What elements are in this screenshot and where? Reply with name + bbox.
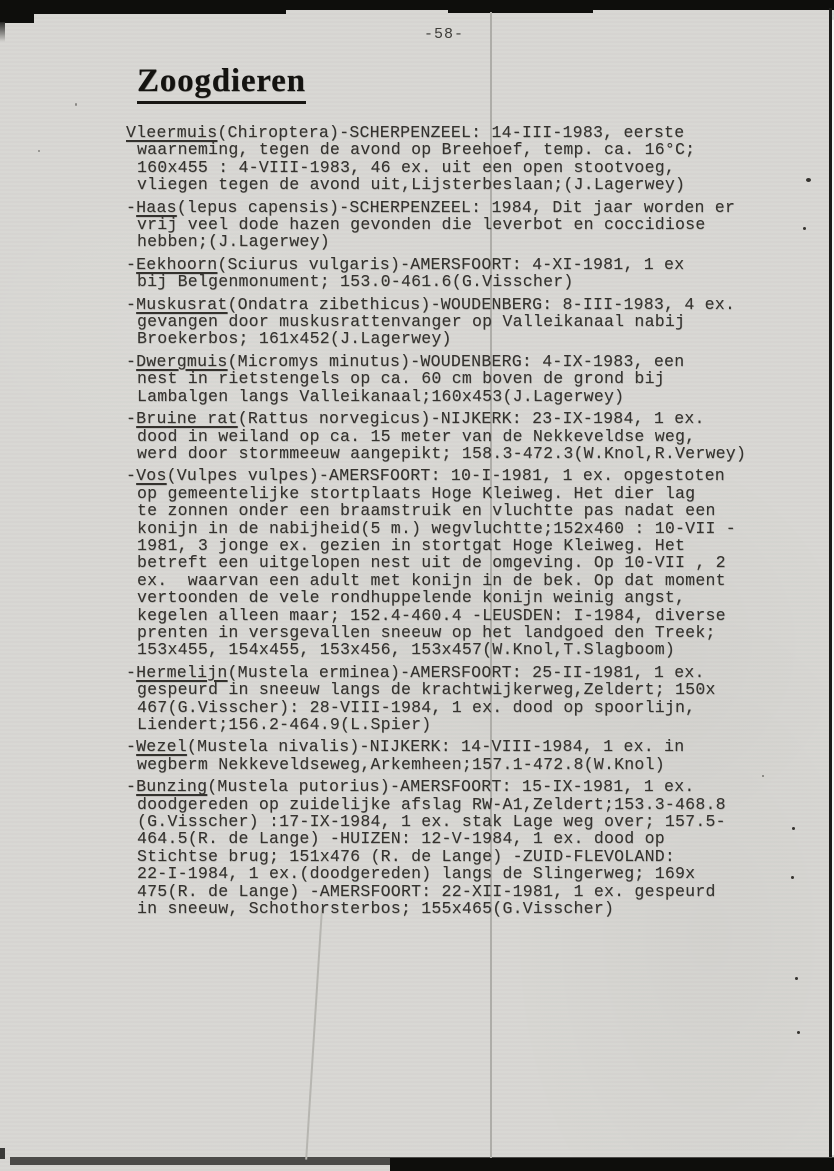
entry-line: dood in weiland op ca. 15 meter van de N… [126, 428, 786, 445]
entry-line: kegelen alleen maar; 152.4-460.4 -LEUSDE… [126, 607, 786, 624]
ink-speck [791, 876, 794, 879]
entry-first-line: Vleermuis(Chiroptera)-SCHERPENZEEL: 14-I… [126, 124, 786, 141]
entry-first-line: -Hermelijn(Mustela erminea)-AMERSFOORT: … [126, 664, 786, 681]
entry-line: bij Belgenmonument; 153.0-461.6(G.Vissch… [126, 273, 786, 290]
entry-line: 464.5(R. de Lange) -HUIZEN: 12-V-1984, 1… [126, 830, 786, 847]
entry-first-line: -Wezel(Mustela nivalis)-NIJKERK: 14-VIII… [126, 738, 786, 755]
entry-line: wegberm Nekkeveldseweg,Arkemheen;157.1-4… [126, 756, 786, 773]
entry-line: vliegen tegen de avond uit,Lijsterbeslaa… [126, 176, 786, 193]
entry-line: 160x455 : 4-VIII-1983, 46 ex. uit een op… [126, 159, 786, 176]
entry-first-line-rest: (Sciurus vulgaris)-AMERSFOORT: 4-XI-1981… [217, 255, 684, 274]
entry-line: vertoonden de vele rondhuppelende konijn… [126, 589, 786, 606]
species-name: Bunzing [136, 777, 207, 796]
species-name: Bruine rat [136, 409, 238, 428]
ink-speck [792, 827, 795, 830]
ink-speck [803, 227, 806, 230]
page-number: -58- [424, 26, 464, 43]
entry-line: 467(G.Visscher): 28-VIII-1984, 1 ex. doo… [126, 699, 786, 716]
entry-first-line: -Dwergmuis(Micromys minutus)-WOUDENBERG:… [126, 353, 786, 370]
species-entry: -Dwergmuis(Micromys minutus)-WOUDENBERG:… [126, 353, 786, 405]
entry-first-line-rest: (Ondatra zibethicus)-WOUDENBERG: 8-III-1… [228, 295, 736, 314]
species-name: Muskusrat [136, 295, 227, 314]
entry-line: vrij veel dode hazen gevonden die leverb… [126, 216, 786, 233]
entry-prefix: - [126, 466, 136, 485]
entry-first-line-rest: (Mustela putorius)-AMERSFOORT: 15-IX-198… [207, 777, 694, 796]
entry-first-line-rest: (Mustela nivalis)-NIJKERK: 14-VIII-1984,… [187, 737, 684, 756]
ink-speck [806, 178, 811, 182]
entry-prefix: - [126, 352, 136, 371]
entry-line: doodgereden op zuidelijke afslag RW-A1,Z… [126, 796, 786, 813]
species-entry: -Vos(Vulpes vulpes)-AMERSFOORT: 10-I-198… [126, 467, 786, 658]
entry-first-line-rest: (Rattus norvegicus)-NIJKERK: 23-IX-1984,… [238, 409, 705, 428]
entry-line: Liendert;156.2-464.9(L.Spier) [126, 716, 786, 733]
species-name: Vos [136, 466, 166, 485]
species-entry: -Bruine rat(Rattus norvegicus)-NIJKERK: … [126, 410, 786, 462]
entry-line: in sneeuw, Schothorsterbos; 155x465(G.Vi… [126, 900, 786, 917]
entry-first-line: -Eekhoorn(Sciurus vulgaris)-AMERSFOORT: … [126, 256, 786, 273]
species-entry: -Muskusrat(Ondatra zibethicus)-WOUDENBER… [126, 296, 786, 348]
species-entry: -Hermelijn(Mustela erminea)-AMERSFOORT: … [126, 664, 786, 734]
bottom-scan-bar-dark [390, 1158, 834, 1171]
species-name: Haas [136, 198, 177, 217]
top-scan-bar-segment [34, 0, 286, 14]
species-entry: Vleermuis(Chiroptera)-SCHERPENZEEL: 14-I… [126, 124, 786, 194]
entries: Vleermuis(Chiroptera)-SCHERPENZEEL: 14-I… [126, 124, 786, 922]
entry-first-line: -Muskusrat(Ondatra zibethicus)-WOUDENBER… [126, 296, 786, 313]
page-title: Zoogdieren [137, 64, 306, 104]
ink-speck [75, 103, 77, 106]
species-entry: -Eekhoorn(Sciurus vulgaris)-AMERSFOORT: … [126, 256, 786, 291]
entry-prefix: - [126, 409, 136, 428]
entry-prefix: - [126, 295, 136, 314]
top-scan-bar-segment [690, 0, 834, 8]
entry-first-line-rest: (lepus capensis)-SCHERPENZEEL: 1984, Dit… [177, 198, 735, 217]
entry-line: ex. waarvan een adult met konijn in de b… [126, 572, 786, 589]
entry-line: waarneming, tegen de avond op Breehoef, … [126, 141, 786, 158]
entry-line: nest in rietstengels op ca. 60 cm boven … [126, 370, 786, 387]
entry-line: 475(R. de Lange) -AMERSFOORT: 22-XII-198… [126, 883, 786, 900]
entry-line: (G.Visscher) :17-IX-1984, 1 ex. stak Lag… [126, 813, 786, 830]
entry-line: Broekerbos; 161x452(J.Lagerwey) [126, 330, 786, 347]
entry-line: konijn in de nabijheid(5 m.) wegvluchtte… [126, 520, 786, 537]
ink-speck [797, 1031, 800, 1034]
entry-first-line-rest: (Chiroptera)-SCHERPENZEEL: 14-III-1983, … [217, 123, 684, 142]
entry-prefix: - [126, 198, 136, 217]
entry-line: 1981, 3 jonge ex. gezien in stortgat Hog… [126, 537, 786, 554]
entry-line: hebben;(J.Lagerwey) [126, 233, 786, 250]
species-name: Wezel [136, 737, 187, 756]
entry-line: 153x455, 154x455, 153x456, 153x457(W.Kno… [126, 641, 786, 658]
right-edge-line [829, 8, 832, 1160]
entry-first-line-rest: (Vulpes vulpes)-AMERSFOORT: 10-I-1981, 1… [167, 466, 725, 485]
entry-first-line: -Bruine rat(Rattus norvegicus)-NIJKERK: … [126, 410, 786, 427]
entry-line: te zonnen onder een braamstruik en vluch… [126, 502, 786, 519]
entry-line: prenten in versgevallen sneeuw op het la… [126, 624, 786, 641]
species-name: Dwergmuis [136, 352, 227, 371]
entry-line: werd door stormmeeuw aangepikt; 158.3-47… [126, 445, 786, 462]
left-edge-shadow [0, 22, 5, 42]
species-name: Vleermuis [126, 123, 217, 142]
entry-prefix: - [126, 737, 136, 756]
entry-prefix: - [126, 663, 136, 682]
species-name: Hermelijn [136, 663, 227, 682]
entry-line: betreft een uitgelopen nest uit de omgev… [126, 554, 786, 571]
species-entry: -Haas(lepus capensis)-SCHERPENZEEL: 1984… [126, 199, 786, 251]
top-scan-bar-block [0, 0, 34, 23]
ink-speck [38, 150, 40, 152]
entry-line: Lambalgen langs Valleikanaal;160x453(J.L… [126, 388, 786, 405]
bottom-left-mark [0, 1148, 5, 1159]
entry-first-line-rest: (Mustela erminea)-AMERSFOORT: 25-II-1981… [228, 663, 705, 682]
entry-first-line: -Haas(lepus capensis)-SCHERPENZEEL: 1984… [126, 199, 786, 216]
species-entry: -Wezel(Mustela nivalis)-NIJKERK: 14-VIII… [126, 738, 786, 773]
entry-first-line: -Vos(Vulpes vulpes)-AMERSFOORT: 10-I-198… [126, 467, 786, 484]
top-scan-bar-segment [448, 0, 593, 13]
entry-first-line-rest: (Micromys minutus)-WOUDENBERG: 4-IX-1983… [228, 352, 685, 371]
scanned-document-page: -58- Zoogdieren Vleermuis(Chiroptera)-SC… [0, 0, 834, 1171]
species-name: Eekhoorn [136, 255, 217, 274]
species-entry: -Bunzing(Mustela putorius)-AMERSFOORT: 1… [126, 778, 786, 917]
entry-first-line: -Bunzing(Mustela putorius)-AMERSFOORT: 1… [126, 778, 786, 795]
entry-prefix: - [126, 777, 136, 796]
ink-speck [795, 977, 798, 980]
entry-line: gevangen door muskusrattenvanger op Vall… [126, 313, 786, 330]
entry-prefix: - [126, 255, 136, 274]
entry-line: gespeurd in sneeuw langs de krachtwijker… [126, 681, 786, 698]
entry-line: Stichtse brug; 151x476 (R. de Lange) -ZU… [126, 848, 786, 865]
entry-line: 22-I-1984, 1 ex.(doodgereden) langs de S… [126, 865, 786, 882]
vertical-fold-line-lower [305, 908, 323, 1160]
entry-line: op gemeentelijke stortplaats Hoge Kleiwe… [126, 485, 786, 502]
